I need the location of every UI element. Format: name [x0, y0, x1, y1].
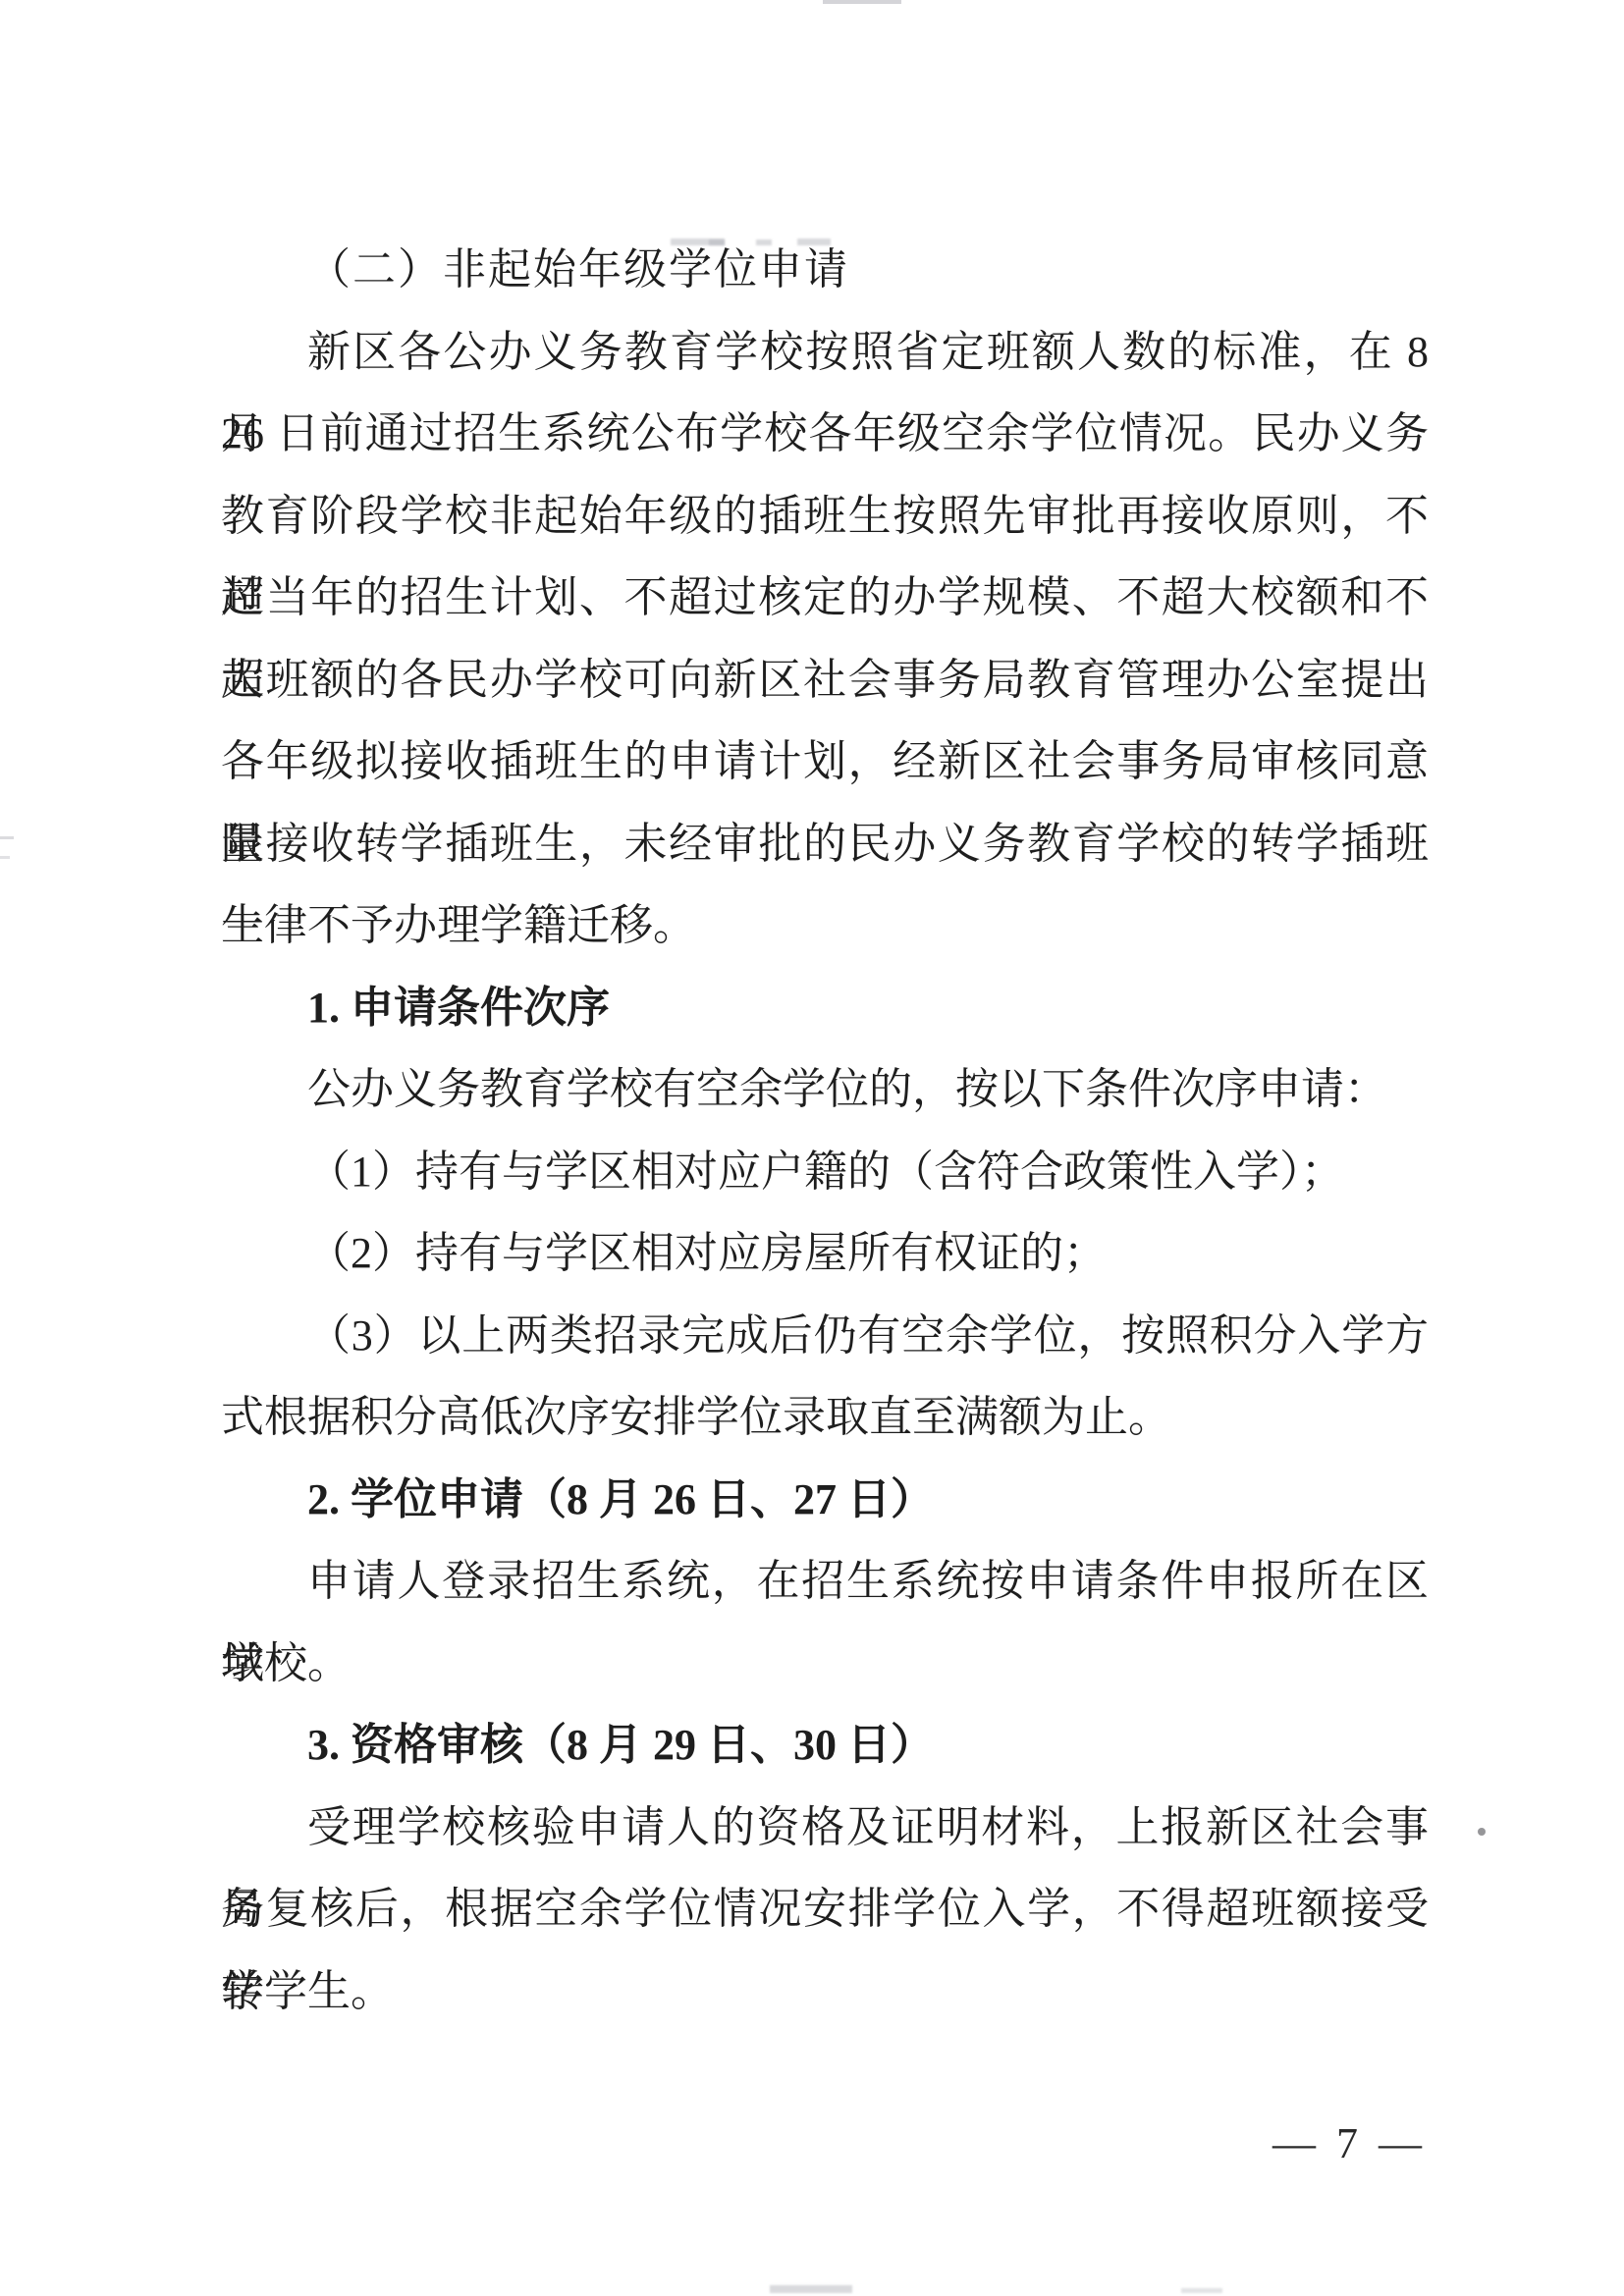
- scan-artifact: [0, 836, 14, 839]
- numbered-heading: 2. 学位申请（8 月 26 日、27 日）: [221, 1459, 1429, 1541]
- text-line: （2）持有与学区相对应房屋所有权证的；: [221, 1212, 1429, 1295]
- scan-artifact: [1181, 2288, 1222, 2293]
- text-line: 局复核后，根据空余学位情况安排学位入学，不得超班额接受转: [221, 1868, 1429, 1950]
- text-line: 申请人登录招生系统，在招生系统按申请条件申报所在区域: [221, 1540, 1429, 1623]
- text-line: 受理学校核验申请人的资格及证明材料，上报新区社会事务: [221, 1787, 1429, 1869]
- text-line: 大班额的各民办学校可向新区社会事务局教育管理办公室提出: [221, 639, 1429, 721]
- text-line: （1）持有与学区相对应户籍的（含符合政策性入学）；: [221, 1131, 1429, 1213]
- text-line: 公办义务教育学校有空余学位的，按以下条件次序申请：: [221, 1048, 1429, 1131]
- text-line: 新区各公办义务教育学校按照省定班额人数的标准，在 8 月: [221, 311, 1429, 394]
- section-heading: （二）非起始年级学位申请: [221, 229, 1429, 311]
- numbered-heading: 3. 资格审核（8 月 29 日、30 日）: [221, 1704, 1429, 1787]
- text-line: 26 日前通过招生系统公布学校各年级空余学位情况。民办义务: [221, 393, 1429, 475]
- text-line: 一律不予办理学籍迁移。: [221, 884, 1429, 967]
- scan-artifact: [770, 2285, 852, 2293]
- text-line: 教育阶段学校非起始年级的插班生按照先审批再接收原则，不超: [221, 475, 1429, 558]
- scan-artifact: [823, 0, 901, 4]
- document-body: （二）非起始年级学位申请新区各公办义务教育学校按照省定班额人数的标准，在 8 月…: [221, 229, 1429, 2032]
- page-number: — 7 —: [1272, 2118, 1423, 2168]
- document-page: （二）非起始年级学位申请新区各公办义务教育学校按照省定班额人数的标准，在 8 月…: [0, 0, 1624, 2296]
- text-line: 式根据积分高低次序安排学位录取直至满额为止。: [221, 1376, 1429, 1459]
- scan-artifact: [0, 856, 10, 859]
- text-line: 学学生。: [221, 1950, 1429, 2033]
- numbered-heading: 1. 申请条件次序: [221, 967, 1429, 1049]
- text-line: 学校。: [221, 1623, 1429, 1705]
- text-line: 各年级拟接收插班生的申请计划，经新区社会事务局审核同意限: [221, 721, 1429, 803]
- text-line: 过当年的招生计划、不超过核定的办学规模、不超大校额和不超: [221, 557, 1429, 639]
- text-line: （3）以上两类招录完成后仍有空余学位，按照积分入学方: [221, 1295, 1429, 1377]
- text-line: 量接收转学插班生，未经审批的民办义务教育学校的转学插班生: [221, 803, 1429, 885]
- scan-artifact: [1478, 1828, 1486, 1836]
